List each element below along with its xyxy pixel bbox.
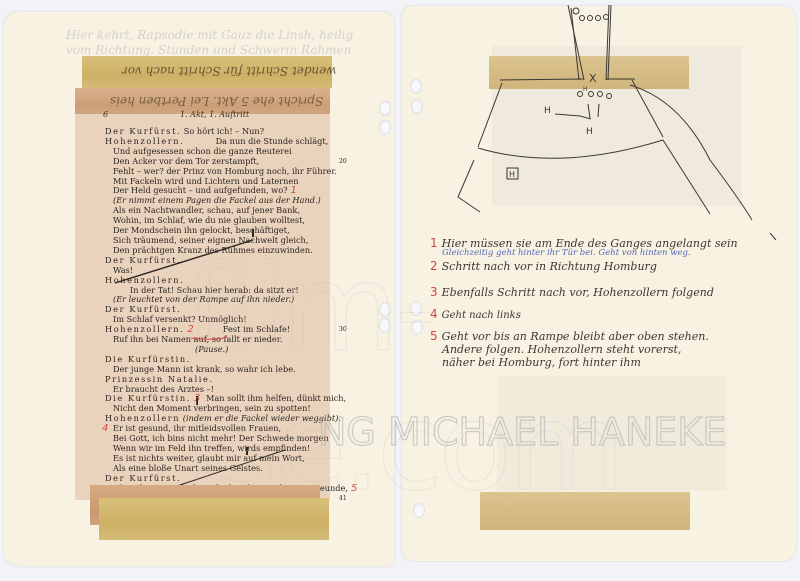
x-mark: X [589, 72, 597, 85]
sketch-label-boxed-h: H [509, 170, 515, 179]
watermark-logo: film-ise.com [185, 240, 800, 518]
sketch-label-h: H [544, 106, 551, 116]
watermark-subtitle: NG MICHAEL HANEKE [318, 410, 726, 454]
sketch-label-h: H [586, 127, 593, 137]
sketch-label-h: H [583, 86, 588, 93]
